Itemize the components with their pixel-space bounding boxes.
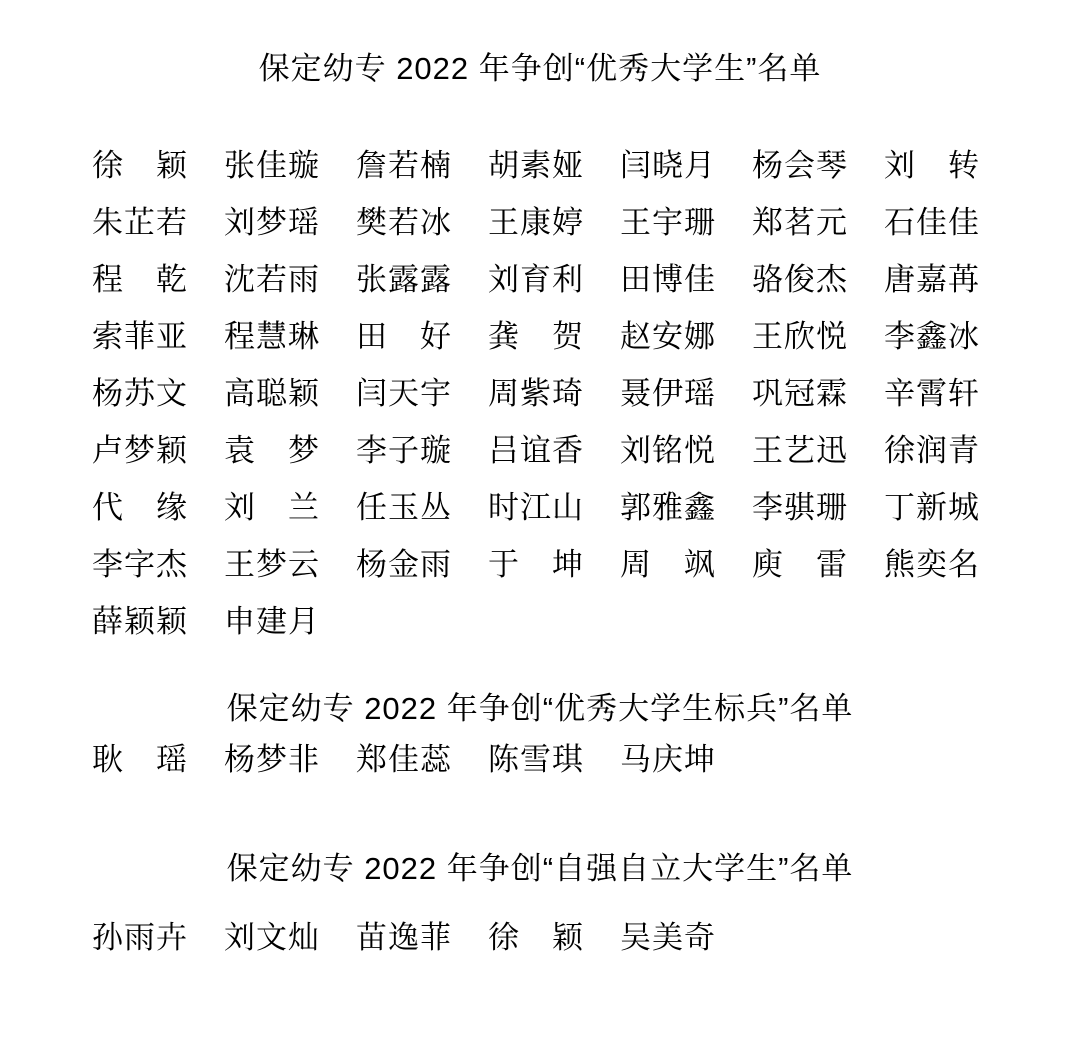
student-name: 徐 颖: [92, 150, 192, 182]
student-name: 苗逸菲: [356, 922, 456, 954]
student-name: 程 乾: [92, 264, 192, 296]
student-name: 石佳佳: [884, 207, 984, 239]
name-row: 朱芷若 刘梦瑶 樊若冰 王康婷 王宇珊 郑茗元 石佳佳: [92, 207, 1080, 239]
student-name: 赵安娜: [620, 321, 720, 353]
name-row: 杨苏文 高聪颖 闫天宇 周紫琦 聂伊瑶 巩冠霖 辛霄轩: [92, 378, 1080, 410]
student-name: 索菲亚: [92, 321, 192, 353]
student-name: 田博佳: [620, 264, 720, 296]
student-name: 熊奕名: [884, 549, 984, 581]
student-name: 巩冠霖: [752, 378, 852, 410]
student-name: 薛颖颖: [92, 606, 192, 638]
student-name: 吴美奇: [620, 922, 720, 954]
student-name: 刘 转: [884, 150, 984, 182]
student-name: 高聪颖: [224, 378, 324, 410]
student-name: 李子璇: [356, 435, 456, 467]
student-name: 刘铭悦: [620, 435, 720, 467]
student-name: 任玉丛: [356, 492, 456, 524]
student-name: 庾 雷: [752, 549, 852, 581]
student-name: 詹若楠: [356, 150, 456, 182]
name-row: 代 缘 刘 兰 任玉丛 时江山 郭雅鑫 李骐珊 丁新城: [92, 492, 1080, 524]
student-name: 李骐珊: [752, 492, 852, 524]
student-name: 徐 颖: [488, 922, 588, 954]
student-name: 周 飒: [620, 549, 720, 581]
name-row: 程 乾 沈若雨 张露露 刘育利 田博佳 骆俊杰 唐嘉苒: [92, 264, 1080, 296]
student-name: 唐嘉苒: [884, 264, 984, 296]
student-name: 李字杰: [92, 549, 192, 581]
student-name: 杨苏文: [92, 378, 192, 410]
name-list: 孙雨卉 刘文灿 苗逸菲 徐 颖 吴美奇: [0, 922, 1080, 954]
student-name: 马庆坤: [620, 744, 720, 776]
student-name: 王欣悦: [752, 321, 852, 353]
student-name: 吕谊香: [488, 435, 588, 467]
student-name: 刘文灿: [224, 922, 324, 954]
section-excellent-students: 保定幼专 2022 年争创“优秀大学生”名单 徐 颖 张佳璇 詹若楠 胡素娅 闫…: [0, 48, 1080, 638]
student-name: 申建月: [224, 606, 324, 638]
student-name: 丁新城: [884, 492, 984, 524]
section-title: 保定幼专 2022 年争创“自强自立大学生”名单: [0, 848, 1080, 890]
name-row: 孙雨卉 刘文灿 苗逸菲 徐 颖 吴美奇: [92, 922, 1080, 954]
student-name: 郑佳蕊: [356, 744, 456, 776]
student-name: 张佳璇: [224, 150, 324, 182]
student-name: 张露露: [356, 264, 456, 296]
name-row: 耿 瑶 杨梦非 郑佳蕊 陈雪琪 马庆坤: [92, 744, 1080, 776]
document-page: 保定幼专 2022 年争创“优秀大学生”名单 徐 颖 张佳璇 詹若楠 胡素娅 闫…: [0, 0, 1080, 1040]
name-list: 徐 颖 张佳璇 詹若楠 胡素娅 闫晓月 杨会琴 刘 转 朱芷若 刘梦瑶 樊若冰 …: [0, 150, 1080, 638]
student-name: 杨梦非: [224, 744, 324, 776]
student-name: 孙雨卉: [92, 922, 192, 954]
section-title: 保定幼专 2022 年争创“优秀大学生标兵”名单: [0, 688, 1080, 730]
student-name: 胡素娅: [488, 150, 588, 182]
student-name: 刘育利: [488, 264, 588, 296]
student-name: 刘梦瑶: [224, 207, 324, 239]
name-row: 薛颖颖 申建月: [92, 606, 1080, 638]
student-name: 周紫琦: [488, 378, 588, 410]
student-name: 杨会琴: [752, 150, 852, 182]
section-model-students: 保定幼专 2022 年争创“优秀大学生标兵”名单 耿 瑶 杨梦非 郑佳蕊 陈雪琪…: [0, 688, 1080, 776]
student-name: 王梦云: [224, 549, 324, 581]
student-name: 郭雅鑫: [620, 492, 720, 524]
student-name: 陈雪琪: [488, 744, 588, 776]
student-name: 骆俊杰: [752, 264, 852, 296]
student-name: 袁 梦: [224, 435, 324, 467]
student-name: 徐润青: [884, 435, 984, 467]
student-name: 闫天宇: [356, 378, 456, 410]
student-name: 郑茗元: [752, 207, 852, 239]
section-self-reliant-students: 保定幼专 2022 年争创“自强自立大学生”名单 孙雨卉 刘文灿 苗逸菲 徐 颖…: [0, 848, 1080, 954]
student-name: 李鑫冰: [884, 321, 984, 353]
student-name: 辛霄轩: [884, 378, 984, 410]
name-list: 耿 瑶 杨梦非 郑佳蕊 陈雪琪 马庆坤: [0, 744, 1080, 776]
name-row: 徐 颖 张佳璇 詹若楠 胡素娅 闫晓月 杨会琴 刘 转: [92, 150, 1080, 182]
student-name: 聂伊瑶: [620, 378, 720, 410]
student-name: 王艺迅: [752, 435, 852, 467]
name-row: 索菲亚 程慧琳 田 好 龚 贺 赵安娜 王欣悦 李鑫冰: [92, 321, 1080, 353]
student-name: 樊若冰: [356, 207, 456, 239]
student-name: 沈若雨: [224, 264, 324, 296]
name-row: 卢梦颖 袁 梦 李子璇 吕谊香 刘铭悦 王艺迅 徐润青: [92, 435, 1080, 467]
student-name: 杨金雨: [356, 549, 456, 581]
student-name: 闫晓月: [620, 150, 720, 182]
student-name: 刘 兰: [224, 492, 324, 524]
student-name: 时江山: [488, 492, 588, 524]
student-name: 朱芷若: [92, 207, 192, 239]
student-name: 耿 瑶: [92, 744, 192, 776]
student-name: 田 好: [356, 321, 456, 353]
name-row: 李字杰 王梦云 杨金雨 于 坤 周 飒 庾 雷 熊奕名: [92, 549, 1080, 581]
student-name: 王宇珊: [620, 207, 720, 239]
student-name: 于 坤: [488, 549, 588, 581]
student-name: 龚 贺: [488, 321, 588, 353]
student-name: 代 缘: [92, 492, 192, 524]
student-name: 程慧琳: [224, 321, 324, 353]
student-name: 王康婷: [488, 207, 588, 239]
section-title: 保定幼专 2022 年争创“优秀大学生”名单: [0, 48, 1080, 90]
student-name: 卢梦颖: [92, 435, 192, 467]
